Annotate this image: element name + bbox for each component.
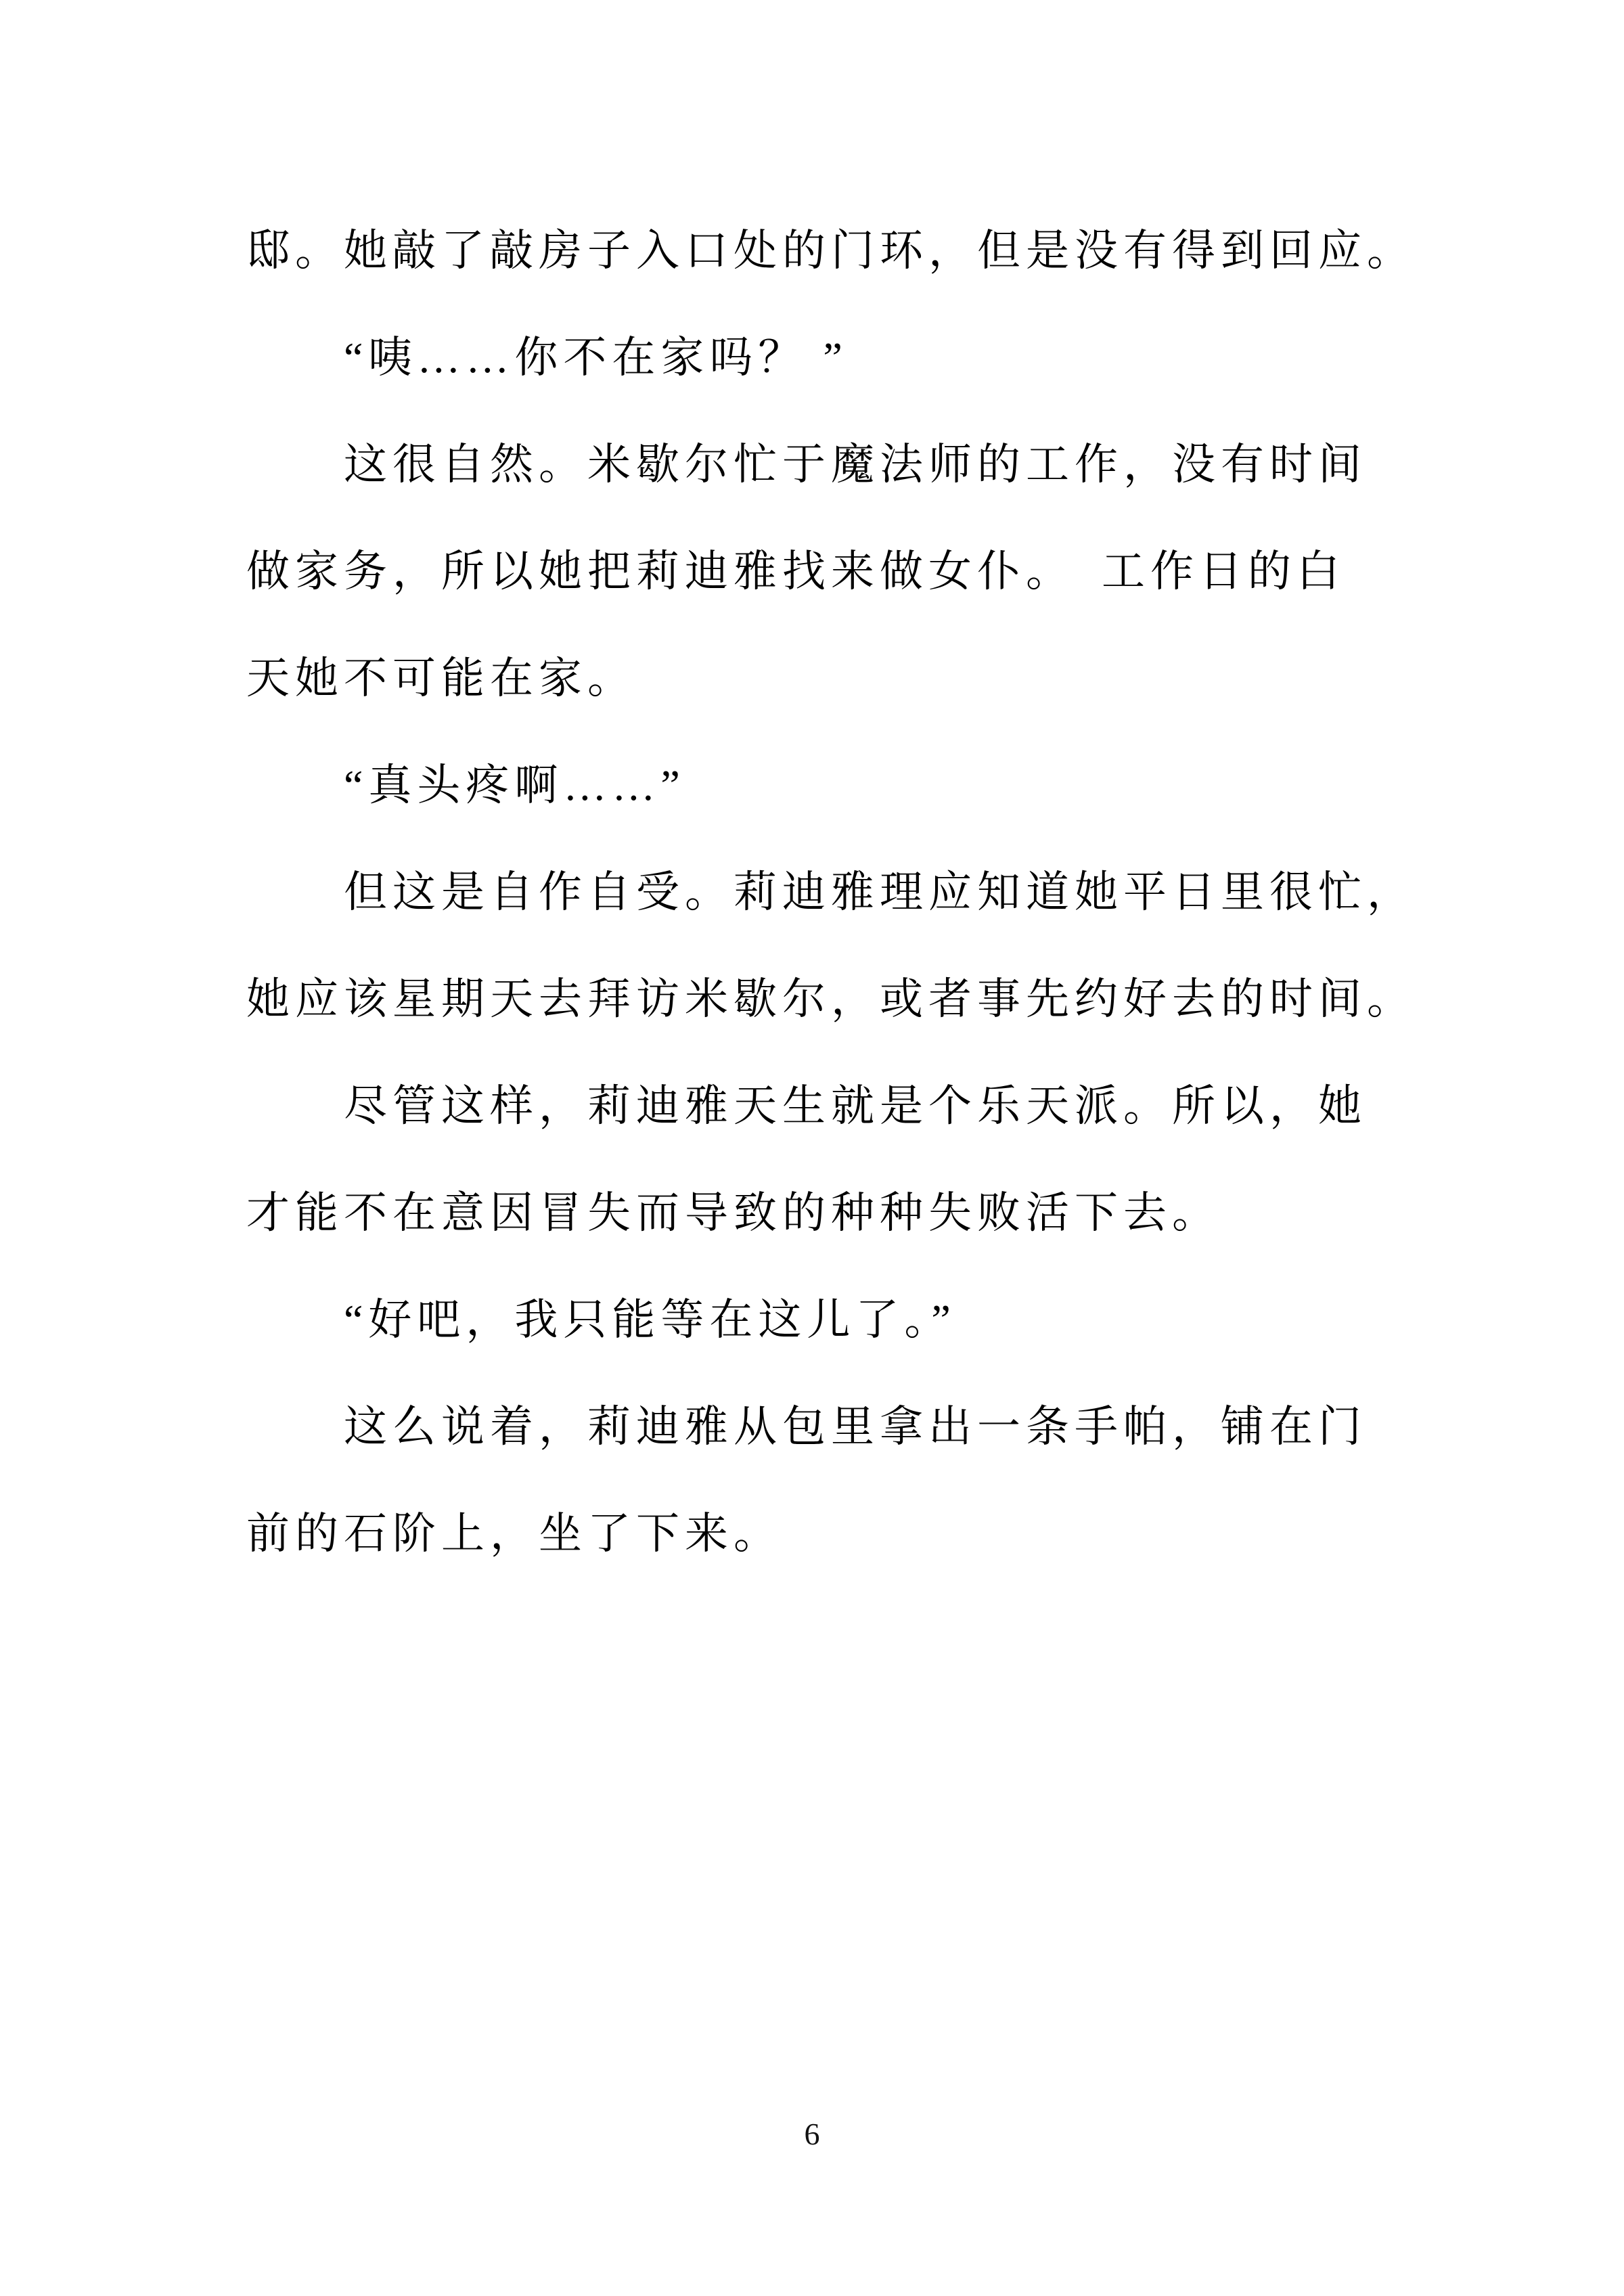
text-line: “咦……你不在家吗？ ” xyxy=(246,305,1437,411)
text-line: 但这是自作自受。莉迪雅理应知道她平日里很忙， xyxy=(246,839,1437,946)
text-line: 尽管这样，莉迪雅天生就是个乐天派。所以，她 xyxy=(246,1053,1437,1160)
text-line: 前的石阶上，坐了下来。 xyxy=(246,1481,1437,1588)
text-line: 这很自然。米歇尔忙于魔法师的工作，没有时间 xyxy=(246,411,1437,518)
text-line: “好吧，我只能等在这儿了。” xyxy=(246,1267,1437,1374)
text-line: 邸。她敲了敲房子入口处的门环，但是没有得到回应。 xyxy=(246,198,1437,305)
text-line: “真头疼啊……” xyxy=(246,732,1437,839)
text-line: 这么说着，莉迪雅从包里拿出一条手帕，铺在门 xyxy=(246,1374,1437,1481)
text-block: 邸。她敲了敲房子入口处的门环，但是没有得到回应。“咦……你不在家吗？ ”这很自然… xyxy=(246,198,1437,1588)
text-line: 做家务，所以她把莉迪雅找来做女仆。 工作日的白 xyxy=(246,518,1437,625)
page-background: 邸。她敲了敲房子入口处的门环，但是没有得到回应。“咦……你不在家吗？ ”这很自然… xyxy=(0,0,1624,2296)
text-line: 才能不在意因冒失而导致的种种失败活下去。 xyxy=(246,1160,1437,1267)
text-line: 天她不可能在家。 xyxy=(246,625,1437,732)
document-page: { "page": { "background_color": "#ffffff… xyxy=(0,0,1624,2296)
text-line: 她应该星期天去拜访米歇尔，或者事先约好去的时间。 xyxy=(246,946,1437,1053)
page-number: 6 xyxy=(0,2113,1624,2156)
